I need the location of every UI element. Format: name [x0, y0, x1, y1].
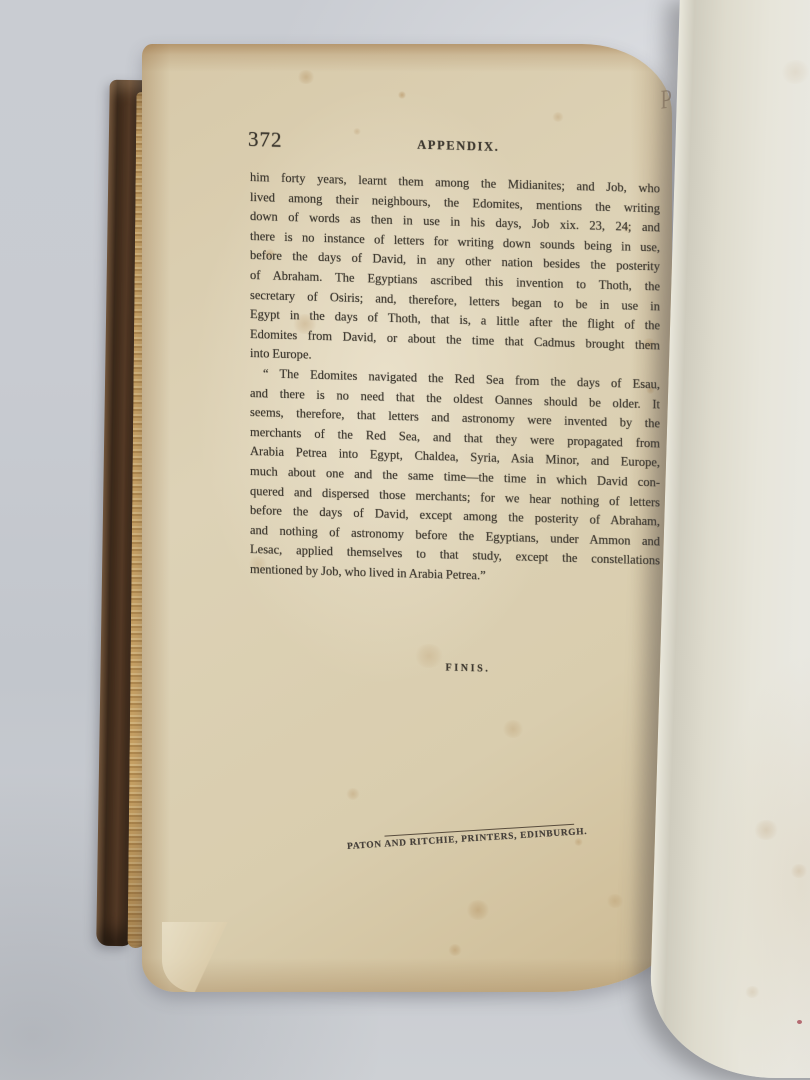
printer-imprint: PATON AND RITCHIE, PRINTERS, EDINBURGH. — [347, 821, 617, 852]
left-page: 372 APPENDIX. him forty years, learnt th… — [142, 44, 672, 992]
foxing-spot — [606, 894, 624, 908]
finis-label: FINIS. — [250, 657, 660, 679]
foxing-spot — [780, 60, 810, 84]
facing-page — [648, 0, 810, 1078]
red-speck — [797, 1020, 802, 1024]
foxing-spot — [448, 944, 462, 956]
page-corner-curl — [162, 922, 254, 992]
paragraph-2: “ The Edomites navigated the Red Sea fro… — [250, 364, 660, 591]
foxing-spot — [744, 986, 760, 998]
foxing-spot — [552, 112, 564, 122]
page-header: 372 APPENDIX. — [250, 130, 660, 163]
foxing-spot — [466, 900, 490, 920]
paragraph-1: him forty years, learnt them among the M… — [250, 168, 660, 375]
foxing-spot — [398, 91, 406, 99]
foxing-spot — [753, 820, 780, 840]
foxing-spot — [574, 838, 583, 846]
foxing-spot — [346, 788, 360, 800]
foxing-spot — [297, 70, 315, 84]
foxing-spot — [790, 864, 808, 878]
foxing-spot — [502, 720, 524, 738]
page-text: 372 APPENDIX. him forty years, learnt th… — [250, 130, 660, 680]
page-number: 372 — [248, 127, 283, 153]
running-head: APPENDIX. — [417, 138, 499, 155]
pencil-mark: P — [659, 83, 674, 115]
book-photo: 372 APPENDIX. him forty years, learnt th… — [0, 0, 810, 1080]
